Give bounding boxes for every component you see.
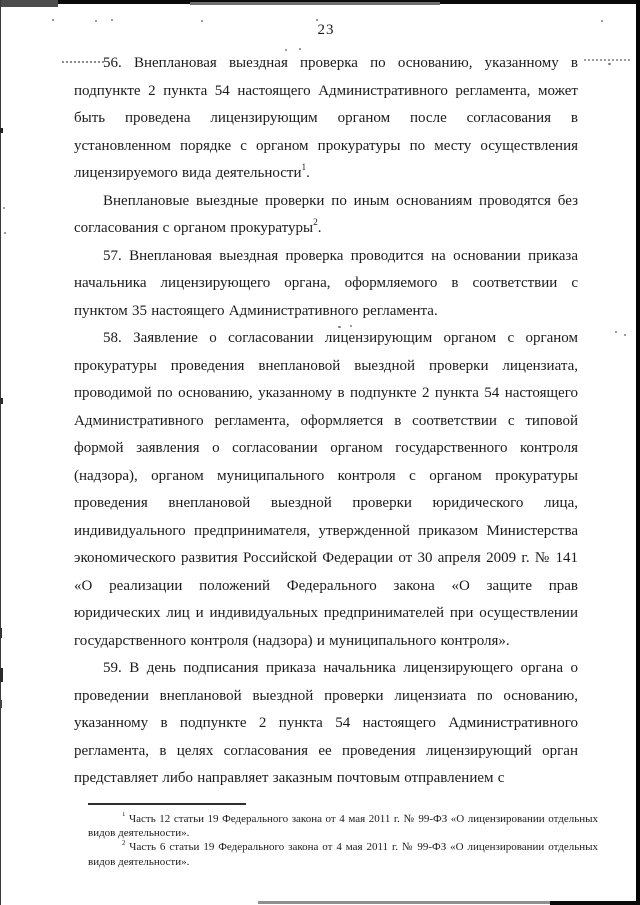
scan-artifact-left-border [0,0,1,905]
scan-artifact-speck [111,19,113,21]
footnote: 2 Часть 6 статьи 19 Федерального закона … [88,840,598,868]
scan-artifact-right-border [636,0,640,905]
footnote-line: 1 Часть 12 статьи 19 Федерального закона… [88,812,598,826]
page-number: 23 [74,22,578,39]
text-line: регламента, в целях согласования ее пров… [74,738,578,766]
document-body: 56. Внеплановая выездная проверка по осн… [74,50,578,793]
text-line: 57. Внеплановая выездная проверка провод… [74,243,578,271]
scan-artifact-left-mark [0,398,3,404]
text-line: 59. В день подписания приказа начальника… [74,655,578,683]
text-line: 58. Заявление о согласовании лицензирующ… [74,325,578,353]
scan-artifact-dashes [584,59,630,61]
text-line: юридических лиц и индивидуальных предпри… [74,600,578,628]
text-line: (надзора), органом муниципального контро… [74,463,578,491]
paragraph: 59. В день подписания приказа начальника… [74,655,578,793]
footnote-line: видов деятельности». [88,855,598,869]
scan-artifact-speck [52,19,54,21]
text-line: проведения внеплановой выездной проверки… [74,490,578,518]
footnote-list: 1 Часть 12 статьи 19 Федерального закона… [88,812,598,869]
scan-artifact-speck [608,63,611,65]
scan-artifact-left-mark [0,128,3,133]
text-line: Внеплановые выездные проверки по иным ос… [74,188,578,216]
scan-artifact-speck [4,232,6,234]
scan-artifact-left-mark [0,668,3,682]
footnotes-section: 1 Часть 12 статьи 19 Федерального закона… [88,803,598,869]
scan-artifact-top-strip [190,2,440,5]
text-line: лицензируемого вида деятельности1. [74,160,578,188]
text-line: согласования с органом прокуратуры2. [74,215,578,243]
footnote-reference: 2 [313,218,318,228]
text-line: государственного контроля (надзора) и му… [74,628,578,656]
text-line: прокуратуры проведения внеплановой выезд… [74,353,578,381]
scan-artifact-speck [316,19,318,21]
text-line: 56. Внеплановая выездная проверка по осн… [74,50,578,78]
text-line: экономического развития Российской Федер… [74,545,578,573]
text-line: проводимой по основанию, указанному в по… [74,380,578,408]
footnote-line: видов деятельности». [88,826,598,840]
footnote-line: 2 Часть 6 статьи 19 Федерального закона … [88,840,598,854]
footnote-reference: 1 [122,812,125,818]
scan-artifact-speck [615,331,617,333]
text-line: формой заявления о согласовании органом … [74,435,578,463]
paragraph: 58. Заявление о согласовании лицензирующ… [74,325,578,655]
scanned-page: { "colors": { "text": "#1b1b1b", "paper"… [0,0,640,905]
paragraph: 57. Внеплановая выездная проверка провод… [74,243,578,326]
scan-artifact-left-mark [0,700,2,708]
text-line: начальника лицензирующего органа, оформл… [74,270,578,298]
scan-artifact-top-bar [0,0,640,4]
paragraph: Внеплановые выездные проверки по иным ос… [74,188,578,243]
text-line: подпункте 2 пункта 54 настоящего Админис… [74,78,578,106]
text-line: быть проведена лицензирующим органом пос… [74,105,578,133]
text-line: индивидуального предпринимателя, утвержд… [74,518,578,546]
text-line: указанному в подпункте 2 пункта 54 насто… [74,710,578,738]
text-line: установленном порядке с органом прокурат… [74,133,578,161]
scan-artifact-speck [624,334,626,336]
text-line: «О реализации положений Федерального зак… [74,573,578,601]
paragraph: 56. Внеплановая выездная проверка по осн… [74,50,578,188]
scan-artifact-speck [3,207,5,209]
scan-artifact-bottom-line [258,901,552,904]
text-line: пунктом 35 настоящего Административного … [74,298,578,326]
footnote: 1 Часть 12 статьи 19 Федерального закона… [88,812,598,840]
footnote-separator [88,803,246,805]
text-line: Административного регламента, оформляетс… [74,408,578,436]
text-line: проведении внеплановой выездной проверки… [74,683,578,711]
scan-artifact-bottom-line [550,901,640,905]
scan-artifact-speck [601,20,603,22]
scan-artifact-top-left [0,0,58,7]
scan-artifact-left-mark [0,628,2,638]
text-line: представляет либо направляет заказным по… [74,765,578,793]
footnote-reference: 2 [122,840,125,846]
footnote-reference: 1 [301,163,306,173]
